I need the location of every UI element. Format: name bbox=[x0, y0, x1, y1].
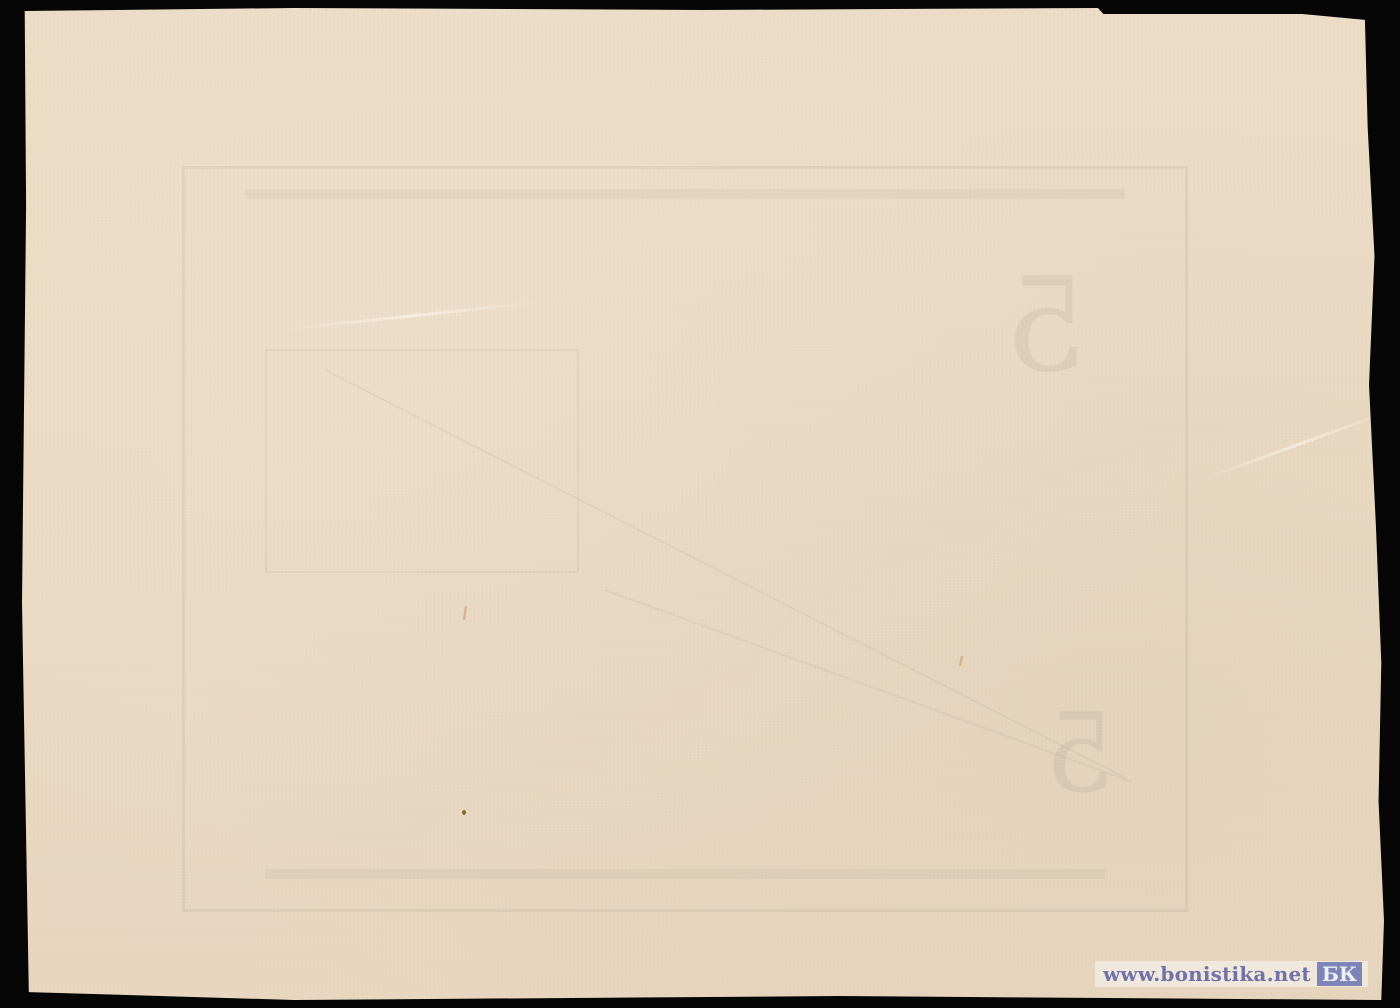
watermark-logo-icon: БК bbox=[1317, 962, 1362, 986]
show-through-frame: 5 5 bbox=[182, 166, 1188, 912]
show-through-diagonal bbox=[325, 369, 1128, 779]
show-through-top-band bbox=[245, 189, 1125, 199]
scan-stage: 5 5 www.bonistika.net БК bbox=[0, 0, 1400, 1008]
show-through-denomination: 5 bbox=[1005, 249, 1088, 401]
site-watermark: www.bonistika.net БК bbox=[1095, 961, 1368, 987]
show-through-inner-box bbox=[265, 349, 579, 573]
paper-speck bbox=[462, 810, 466, 815]
watermark-url: www.bonistika.net bbox=[1103, 962, 1311, 986]
paper-fiber bbox=[463, 606, 467, 620]
show-through-bottom-band bbox=[265, 869, 1105, 879]
banknote-paper: 5 5 bbox=[22, 8, 1384, 1000]
show-through-diagonal bbox=[605, 589, 1132, 782]
paper-crease bbox=[282, 301, 541, 331]
paper-crease bbox=[1201, 410, 1390, 481]
show-through-denomination: 5 bbox=[1045, 689, 1115, 817]
paper-fiber bbox=[959, 656, 963, 666]
